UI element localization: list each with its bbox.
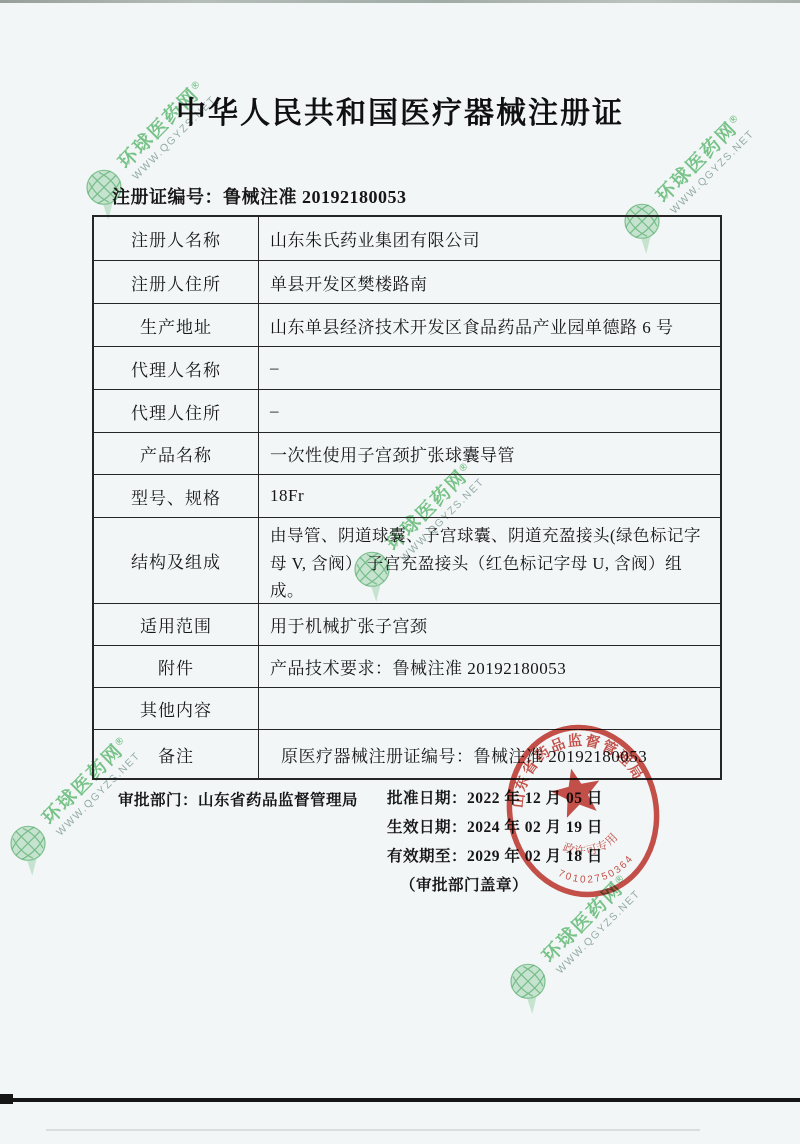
globe-leaf-icon	[498, 952, 563, 1017]
row-label: 代理人名称	[94, 346, 259, 389]
watermark-url: WWW.QGYZS.NET	[668, 128, 757, 217]
row-label: 代理人住所	[94, 389, 259, 432]
row-label: 结构及组成	[94, 517, 259, 603]
row-value: 原医疗器械注册证编号：鲁械注准 20192180053	[259, 729, 720, 778]
globe-leaf-icon	[0, 814, 63, 879]
row-value	[259, 687, 720, 729]
row-value: 山东朱氏药业集团有限公司	[259, 217, 720, 260]
registration-number-line: 注册证编号：鲁械注准 20192180053	[112, 183, 407, 209]
row-label: 备注	[94, 729, 259, 778]
scan-faint-line	[46, 1129, 700, 1131]
row-label: 生产地址	[94, 303, 259, 346]
approval-department: 审批部门：山东省药品监督管理局	[118, 788, 358, 810]
row-label: 附件	[94, 645, 259, 687]
row-label: 注册人名称	[94, 217, 259, 260]
row-value: 由导管、阴道球囊、子宫球囊、阴道充盈接头(绿色标记字母 V, 含阀） 子宫充盈接…	[259, 517, 720, 603]
date-block: 批准日期：2022 年 12 月 05 日 生效日期：2024 年 02 月 1…	[387, 784, 603, 900]
row-value: 山东单县经济技术开发区食品药品产业园单德路 6 号	[259, 303, 720, 346]
watermark-url: WWW.QGYZS.NET	[554, 888, 643, 977]
certificate-table: 注册人名称 山东朱氏药业集团有限公司 注册人住所 单县开发区樊楼路南 生产地址 …	[92, 215, 722, 780]
approve-date: 批准日期：2022 年 12 月 05 日	[387, 784, 603, 813]
effective-date: 生效日期：2024 年 02 月 19 日	[387, 813, 603, 842]
row-label: 产品名称	[94, 432, 259, 474]
stamp-note: （审批部门盖章）	[387, 871, 603, 900]
row-label: 其他内容	[94, 687, 259, 729]
row-value: 一次性使用子宫颈扩张球囊导管	[259, 432, 720, 474]
valid-until-date: 有效期至：2029 年 02 月 18 日	[387, 842, 603, 871]
certificate-title: 中华人民共和国医疗器械注册证	[0, 88, 800, 132]
row-label: 型号、规格	[94, 474, 259, 517]
row-label: 注册人住所	[94, 260, 259, 303]
row-value: –	[259, 346, 720, 389]
row-label: 适用范围	[94, 603, 259, 645]
registered-mark-icon: ®	[613, 873, 626, 886]
scan-bottom-edge	[0, 1098, 800, 1102]
row-value: 用于机械扩张子宫颈	[259, 603, 720, 645]
scan-top-edge	[0, 0, 800, 3]
row-value: 18Fr	[259, 474, 720, 517]
row-value: –	[259, 389, 720, 432]
certificate-page: 环球医药网® WWW.QGYZS.NET 环球医药网® WWW.QGYZS.NE…	[0, 0, 800, 1144]
row-value: 产品技术要求：鲁械注准 20192180053	[259, 645, 720, 687]
row-value: 单县开发区樊楼路南	[259, 260, 720, 303]
